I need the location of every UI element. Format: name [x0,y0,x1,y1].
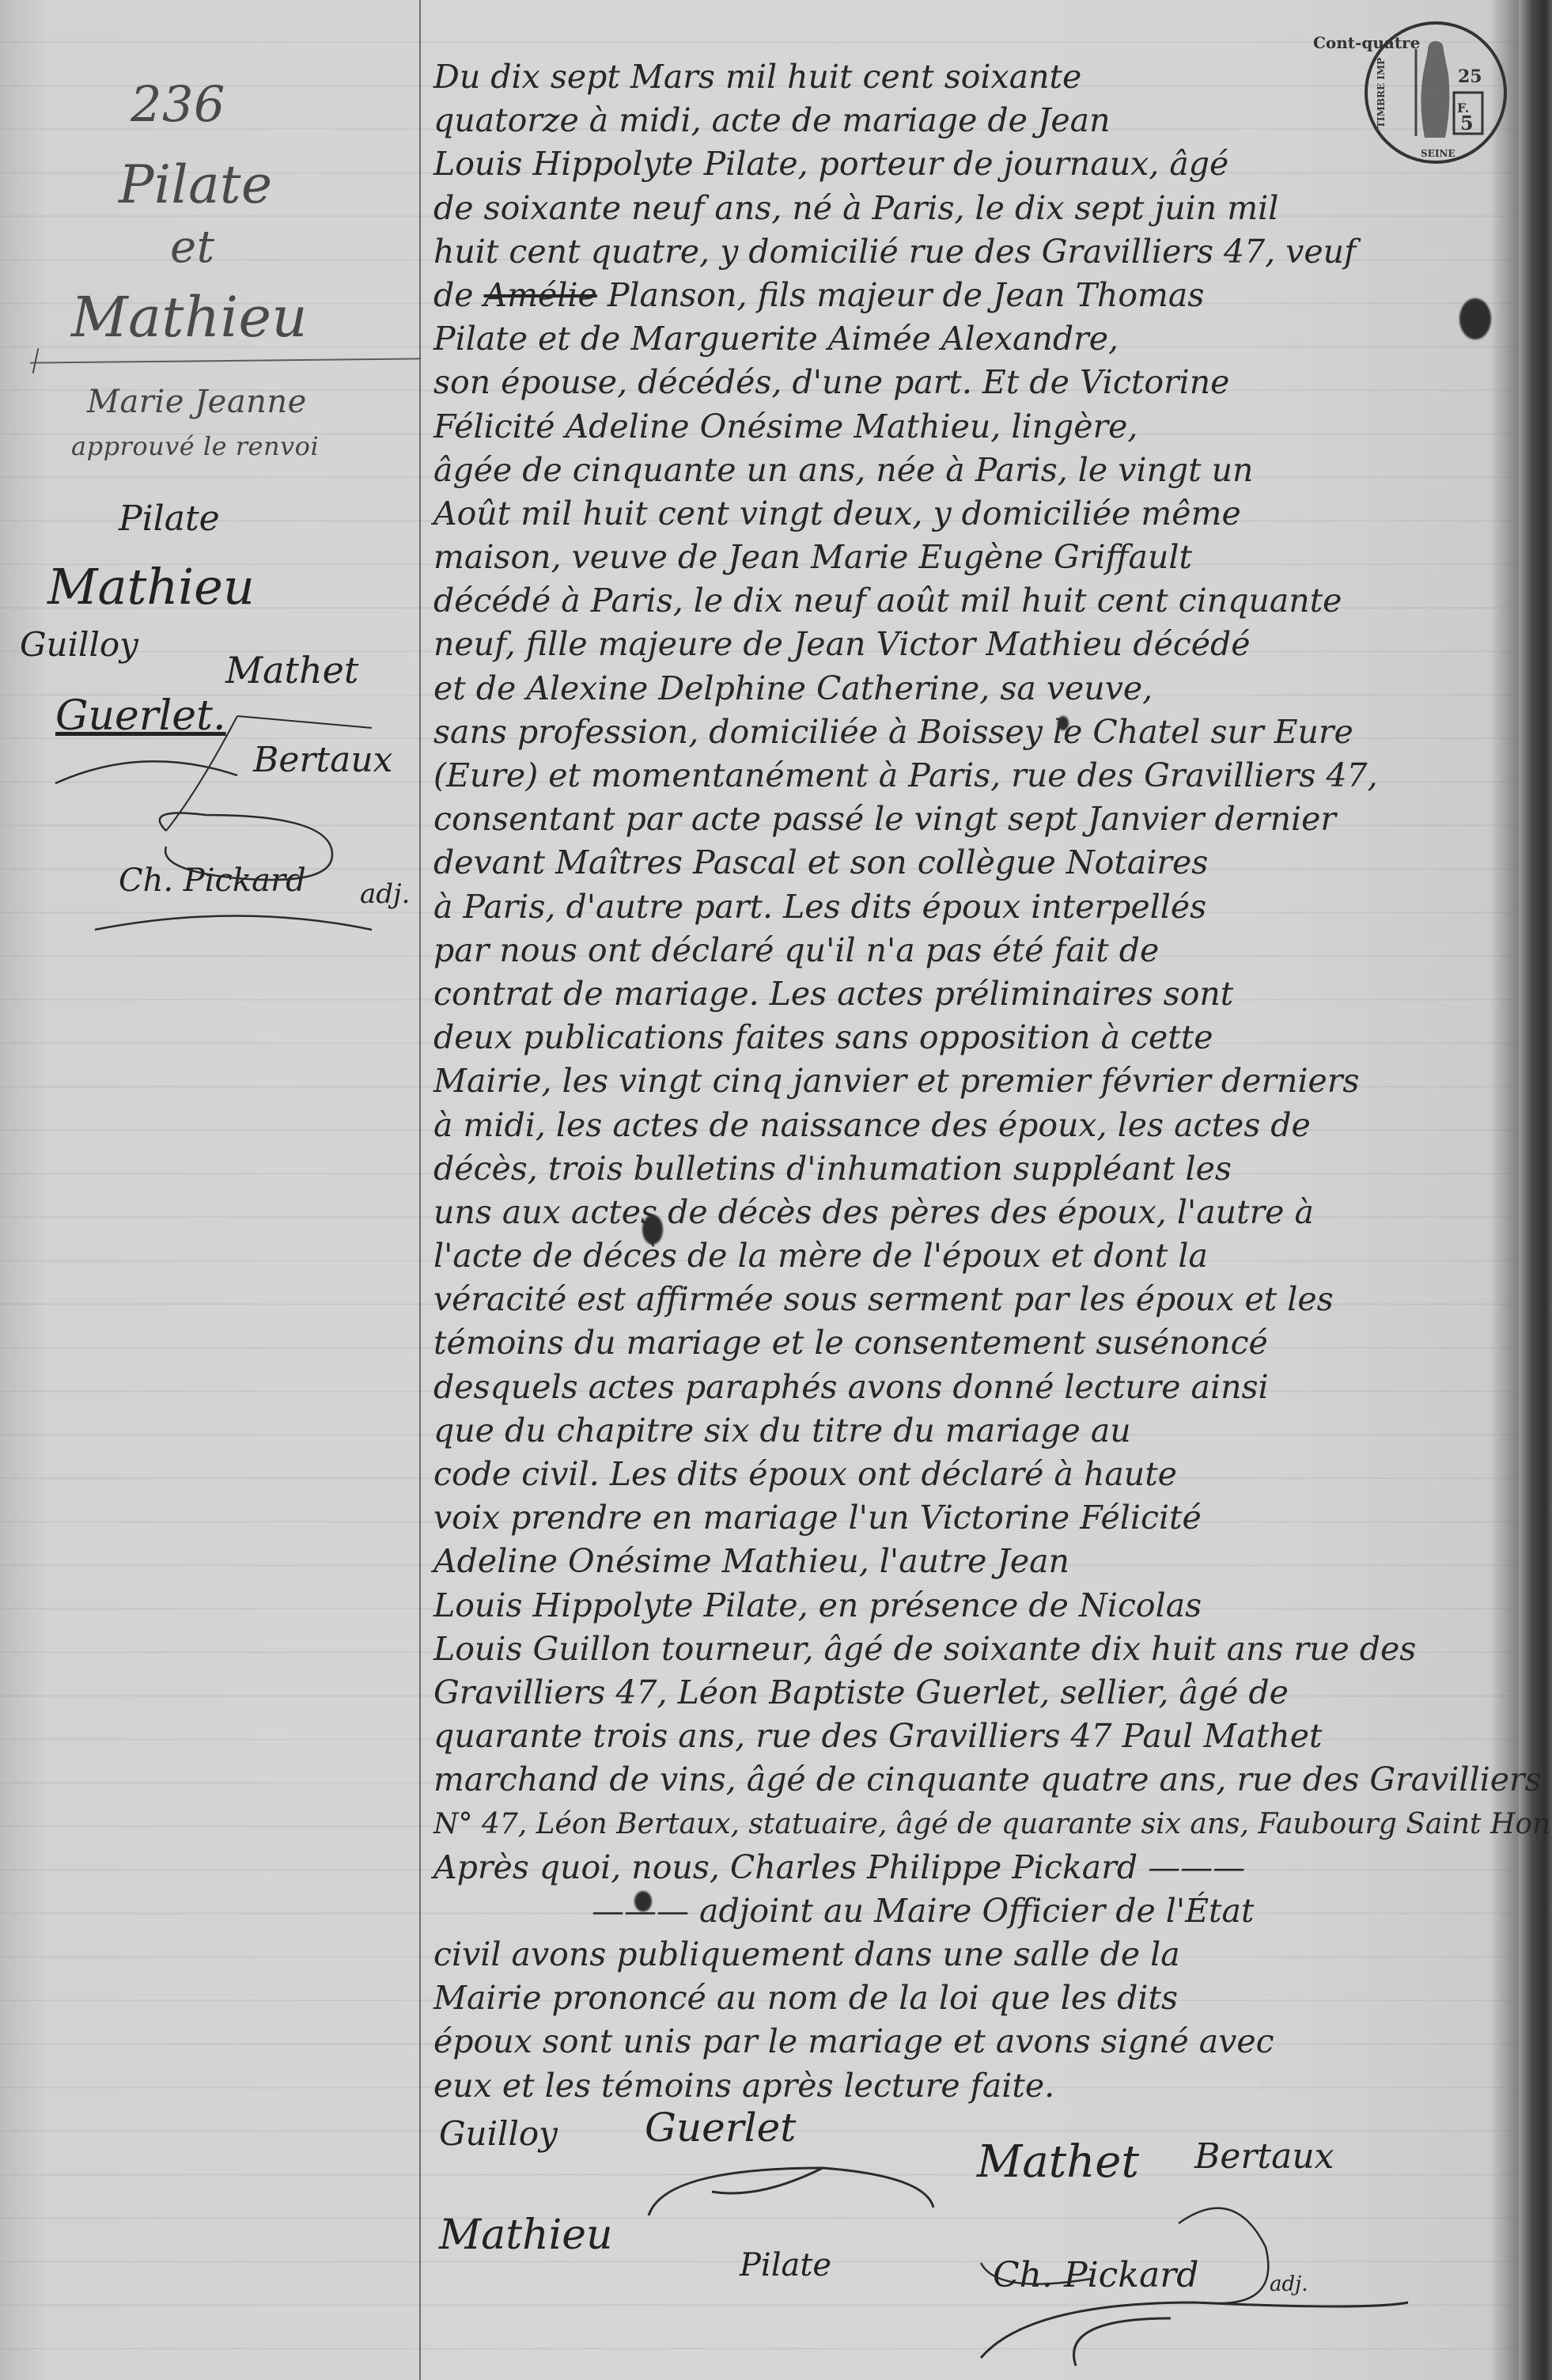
margin-signature: Pilate [119,498,220,539]
act-text-line: Après quoi, nous, Charles Philippe Picka… [433,1846,1493,1889]
act-text-line: code civil. Les dits époux ont déclaré à… [433,1453,1493,1496]
act-text-line: (Eure) et momentanément à Paris, rue des… [433,754,1493,798]
act-text-line: l'acte de décès de la mère de l'époux et… [433,1234,1493,1278]
signature-groom: Pilate [740,2247,831,2283]
margin-bride-name: Mathieu [71,285,308,350]
act-text-line: neuf, fille majeure de Jean Victor Mathi… [433,623,1493,666]
signature-officer: Ch. Pickard [993,2255,1198,2295]
act-text-line: N° 47, Léon Bertaux, statuaire, âgé de q… [433,1802,1493,1846]
margin-separator [30,358,421,363]
ink-blot [1459,298,1491,339]
act-text-line: Louis Hippolyte Pilate, porteur de journ… [433,142,1493,186]
act-text-line: et de Alexine Delphine Catherine, sa veu… [433,667,1493,711]
act-text-line: Louis Hippolyte Pilate, en présence de N… [433,1584,1493,1628]
act-text-line: maison, veuve de Jean Marie Eugène Griff… [433,536,1493,579]
margin-signature: Bertaux [253,740,392,780]
act-text-line: ——— adjoint au Maire Officier de l'État [433,1889,1493,1933]
margin-rule [419,0,421,2380]
ink-blot [634,1891,652,1912]
margin-signature: Guilloy [20,625,138,664]
margin-groom-name: Pilate [119,154,273,215]
act-text-line: contrat de mariage. Les actes préliminai… [433,972,1493,1016]
act-number: 236 [131,75,225,133]
act-text-line: par nous ont déclaré qu'il n'a pas été f… [433,929,1493,972]
act-text-line: sans profession, domiciliée à Boissey le… [433,711,1493,754]
margin-signature: Ch. Pickard [119,862,306,899]
act-text-line: devant Maîtres Pascal et son collègue No… [433,841,1493,885]
margin-note-line-1: Marie Jeanne [87,384,307,420]
margin-signature: Mathieu [47,558,255,616]
margin-separator-tick [32,348,40,373]
act-text-line: de soixante neuf ans, né à Paris, le dix… [433,187,1493,230]
act-text-line: Adeline Onésime Mathieu, l'autre Jean [433,1540,1493,1583]
margin-signature: Guerlet. [55,692,226,740]
act-text-line: Mairie prononcé au nom de la loi que les… [433,1976,1493,2020]
act-text-line: que du chapitre six du titre du mariage … [433,1409,1493,1453]
signature-bride: Mathieu [439,2211,613,2259]
ink-blot [1058,716,1069,730]
signature-witness: Guilloy [439,2114,558,2153]
act-text-line: de Amélie Planson, fils majeur de Jean T… [433,274,1493,317]
act-text-line: son épouse, décédés, d'une part. Et de V… [433,361,1493,404]
act-text-line: civil avons publiquement dans une salle … [433,1933,1493,1976]
signature-officer-title: adj. [1270,2272,1308,2296]
act-text-line: Louis Guillon tourneur, âgé de soixante … [433,1628,1493,1671]
act-text-line: voix prendre en mariage l'un Victorine F… [433,1496,1493,1540]
act-text-line: Félicité Adeline Onésime Mathieu, lingèr… [433,405,1493,449]
act-text-line: uns aux actes de décès des pères des épo… [433,1191,1493,1234]
margin-signature: adj. [360,878,410,910]
margin-conjunction: et [170,222,215,273]
act-text-line: eux et les témoins après lecture faite. [433,2064,1493,2108]
act-text-line: décès, trois bulletins d'inhumation supp… [433,1147,1493,1191]
struck-word: Amélie [484,276,597,314]
act-text-line: Du dix sept Mars mil huit cent soixante [433,55,1493,99]
act-text-line: véracité est affirmée sous serment par l… [433,1278,1493,1321]
act-text-line: marchand de vins, âgé de cinquante quatr… [433,1758,1493,1802]
act-text-line: deux publications faites sans opposition… [433,1016,1493,1059]
act-text-line: à midi, les actes de naissance des époux… [433,1104,1493,1147]
act-text-line: Gravilliers 47, Léon Baptiste Guerlet, s… [433,1671,1493,1715]
act-text-line: consentant par acte passé le vingt sept … [433,798,1493,841]
line-text: Planson, fils majeur de Jean Thomas [597,276,1205,314]
margin-note-line-2: approuvé le renvoi [71,431,319,461]
act-text-line: âgée de cinquante un ans, née à Paris, l… [433,449,1493,492]
signature-witness: Bertaux [1194,2136,1334,2177]
act-text-line: quatorze à midi, acte de mariage de Jean [433,99,1493,142]
act-text-line: décédé à Paris, le dix neuf août mil hui… [433,579,1493,623]
act-text-line: quarante trois ans, rue des Gravilliers … [433,1715,1493,1758]
signature-witness: Mathet [977,2136,1139,2188]
act-text-line: témoins du mariage et le consentement su… [433,1321,1493,1365]
act-text-line: Mairie, les vingt cinq janvier et premie… [433,1059,1493,1103]
act-text-line: huit cent quatre, y domicilié rue des Gr… [433,230,1493,274]
signature-witness: Guerlet [645,2105,796,2151]
line-text: de [433,276,484,314]
act-text-line: à Paris, d'autre part. Les dits époux in… [433,885,1493,929]
act-text-line: Pilate et de Marguerite Aimée Alexandre, [433,317,1493,361]
register-page: Cont-quatre 25 F. 5 SEINE TIMBRE IMP 236… [0,0,1552,2380]
act-text-line: époux sont unis par le mariage et avons … [433,2020,1493,2064]
act-text-line: Août mil huit cent vingt deux, y domicil… [433,492,1493,536]
act-body: Du dix sept Mars mil huit cent soixanteq… [433,55,1493,2108]
margin-signature: Mathet [225,649,358,692]
act-text-line: desquels actes paraphés avons donné lect… [433,1366,1493,1409]
binding-edge [1519,0,1552,2380]
ink-blot [642,1215,663,1245]
